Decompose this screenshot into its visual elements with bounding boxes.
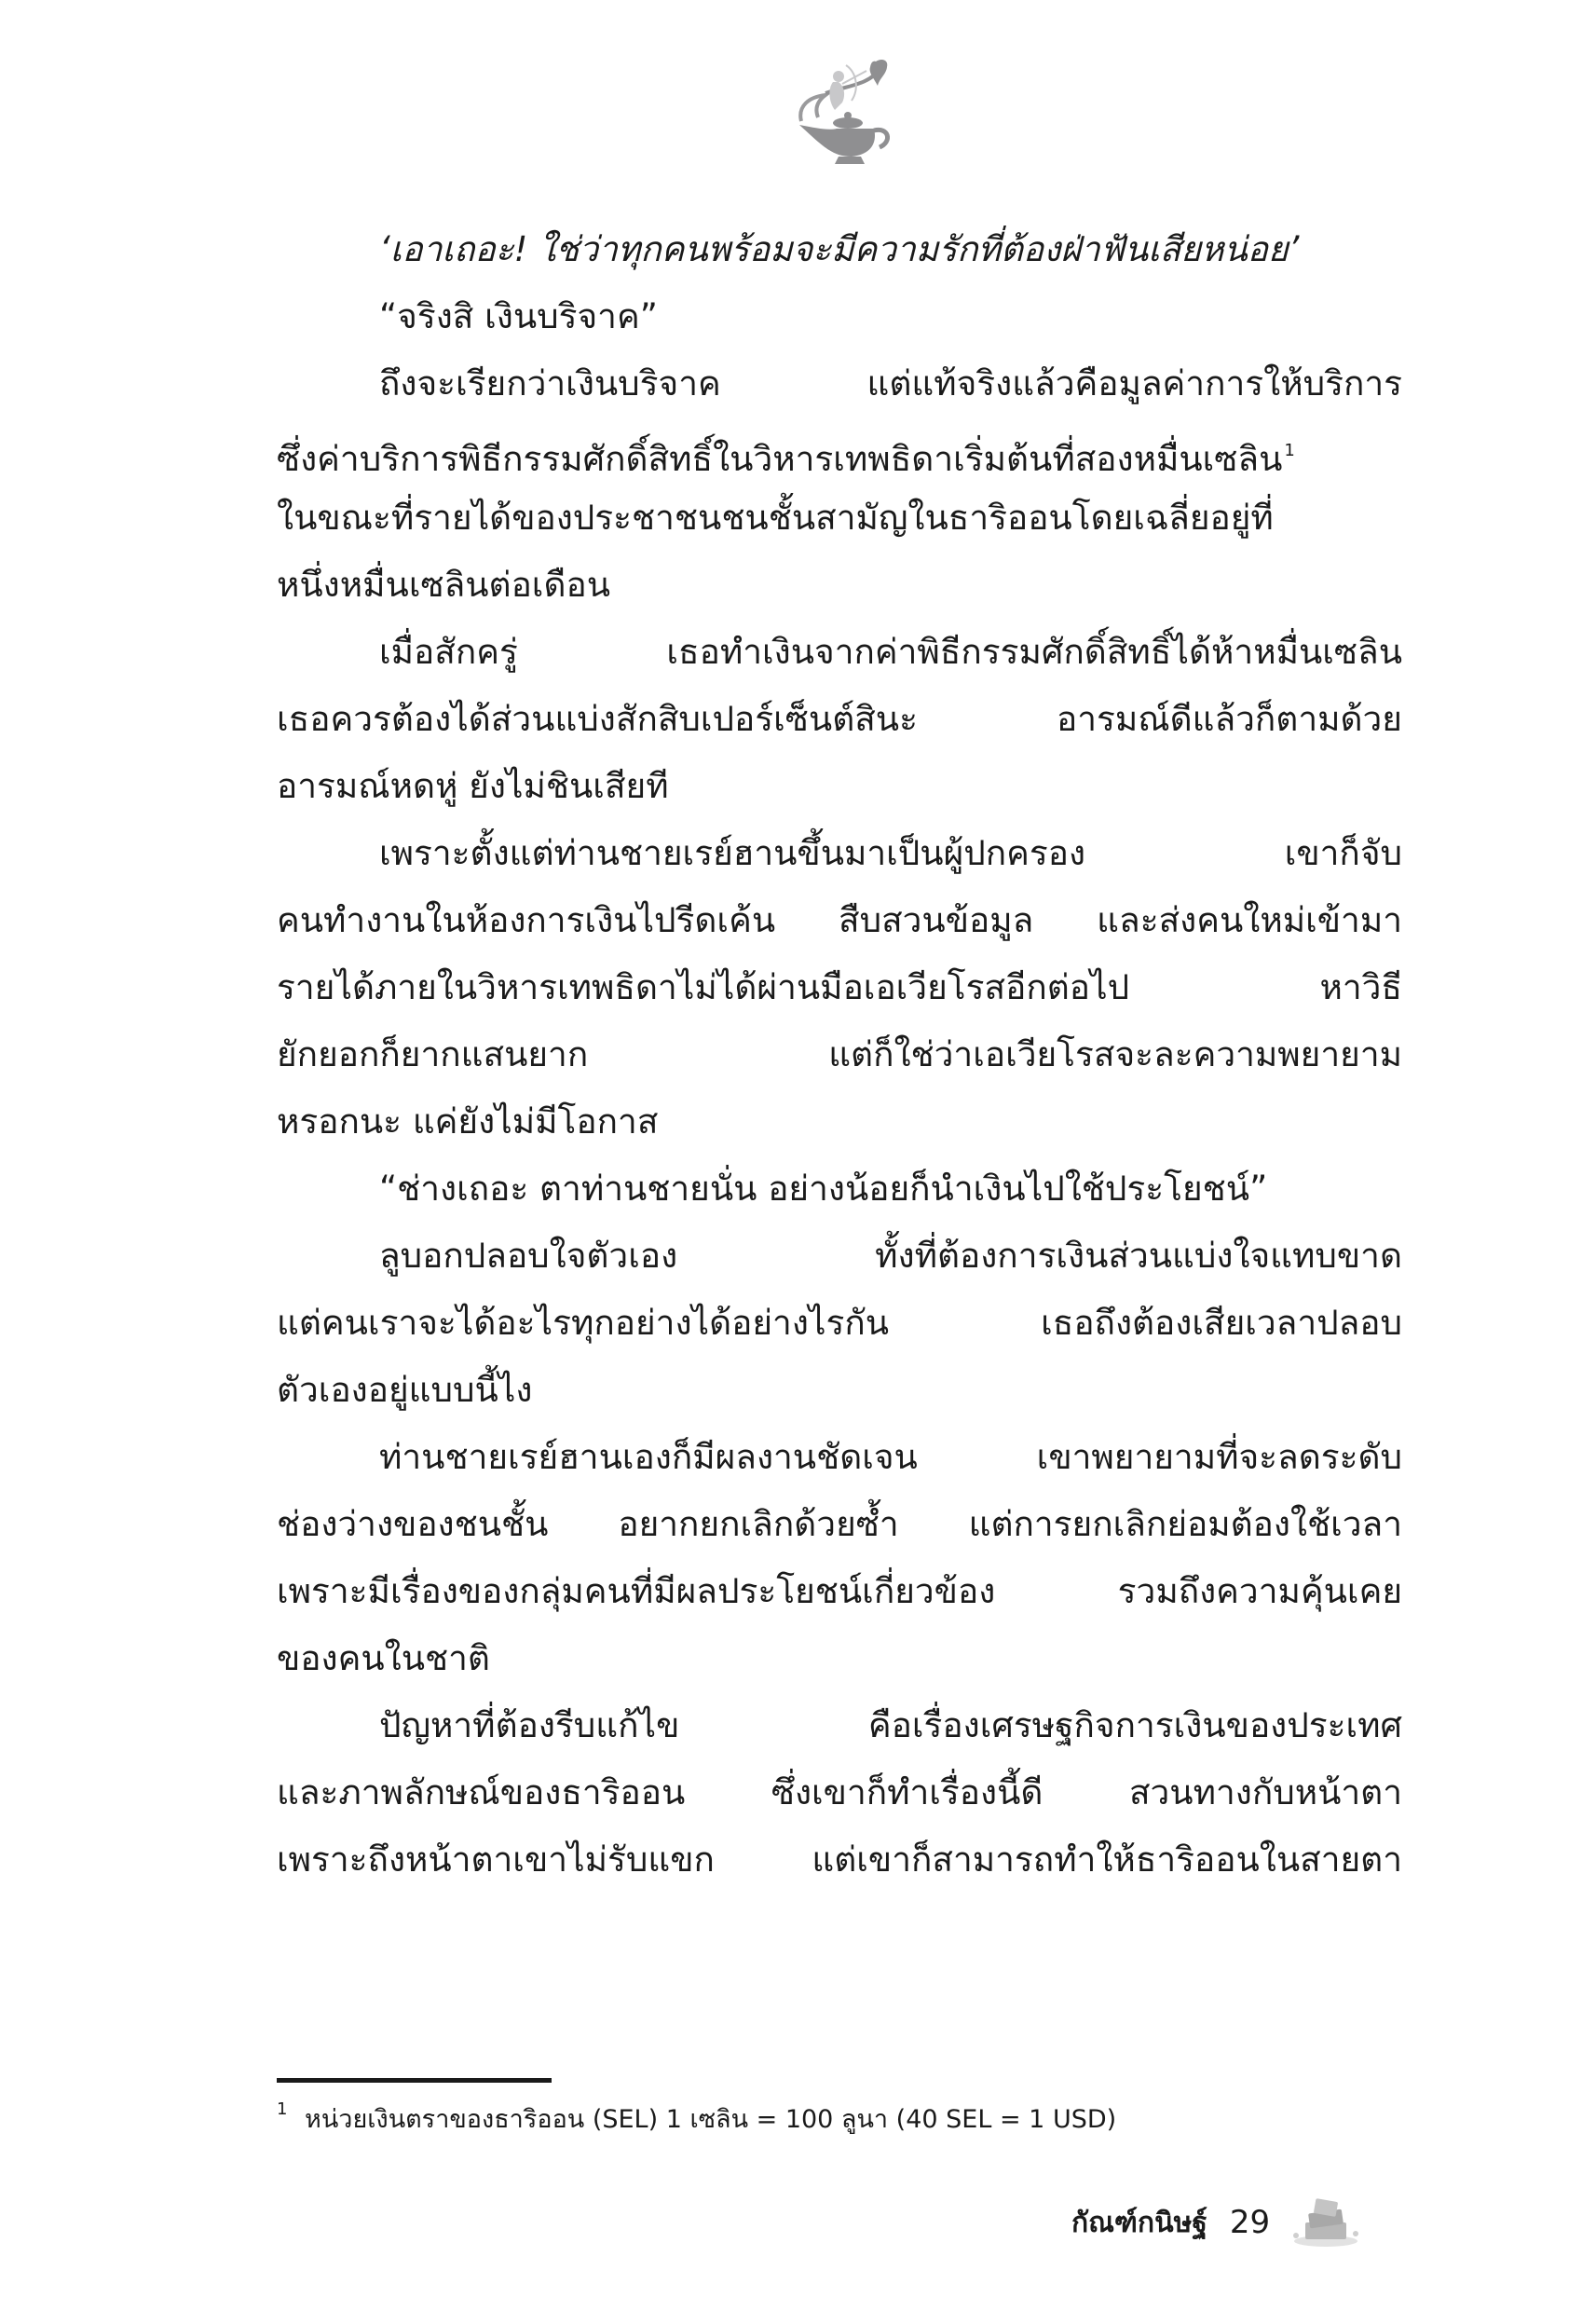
text-line: เพราะมีเรื่องของกลุ่มคนที่มีผลประโยชน์เก… <box>277 1558 1402 1625</box>
text-line: ของคนในชาติ <box>277 1625 1402 1692</box>
text-line-content: ลูบอกปลอบใจตัวเอง ทั้งที่ต้องการเงินส่วน… <box>379 1236 1402 1276</box>
text-line-content: และภาพลักษณ์ของธาริออน ซึ่งเขาก็ทำเรื่อง… <box>277 1772 1402 1812</box>
footnote-text: หน่วยเงินตราของธาริออน (SEL) 1 เซลิน = 1… <box>305 2105 1116 2134</box>
text-line: “จริงสิ เงินบริจาค” <box>277 283 1402 350</box>
text-line-content: ซึ่งค่าบริการพิธีกรรมศักดิ์สิทธิ์ในวิหาร… <box>277 439 1282 479</box>
footnote-reference[interactable]: 1 <box>1284 441 1294 460</box>
text-line-content: รายได้ภายในวิหารเทพธิดาไม่ได้ผ่านมือเอเว… <box>277 967 1402 1007</box>
text-line-content: เพราะตั้งแต่ท่านชายเรย์ฮานขึ้นมาเป็นผู้ป… <box>379 833 1402 873</box>
text-line: ‘เอาเถอะ! ใช่ว่าทุกคนพร้อมจะมีความรักที่… <box>277 216 1402 283</box>
text-line-content: ตัวเองอยู่แบบนี้ไง <box>277 1370 532 1410</box>
text-line-content: ถึงจะเรียกว่าเงินบริจาค แต่แท้จริงแล้วคื… <box>379 363 1402 403</box>
text-line: ซึ่งค่าบริการพิธีกรรมศักดิ์สิทธิ์ในวิหาร… <box>277 417 1402 485</box>
text-line: ถึงจะเรียกว่าเงินบริจาค แต่แท้จริงแล้วคื… <box>277 350 1402 417</box>
footnote-mark: 1 <box>277 2099 287 2119</box>
text-line-content: “จริงสิ เงินบริจาค” <box>379 296 658 336</box>
text-line: ช่องว่างของชนชั้น อยากยกเลิกด้วยซ้ำ แต่ก… <box>277 1491 1402 1558</box>
text-line: ปัญหาที่ต้องรีบแก้ไข คือเรื่องเศรษฐกิจกา… <box>277 1692 1402 1759</box>
text-line-content: แต่คนเราจะได้อะไรทุกอย่างได้อย่างไรกัน เ… <box>277 1303 1402 1343</box>
text-line: แต่คนเราจะได้อะไรทุกอย่างได้อย่างไรกัน เ… <box>277 1290 1402 1357</box>
text-line: ลูบอกปลอบใจตัวเอง ทั้งที่ต้องการเงินส่วน… <box>277 1223 1402 1290</box>
text-line: ในขณะที่รายได้ของประชาชนชนชั้นสามัญในธาร… <box>277 485 1402 552</box>
book-title: กัณฑ์กนิษฐ์ <box>1071 2201 1207 2245</box>
text-line: หนึ่งหมื่นเซลินต่อเดือน <box>277 552 1402 619</box>
text-line-content: ช่องว่างของชนชั้น อยากยกเลิกด้วยซ้ำ แต่ก… <box>277 1504 1402 1544</box>
page-number: 29 <box>1230 2204 1270 2241</box>
text-line: เธอควรต้องได้ส่วนแบ่งสักสิบเปอร์เซ็นต์สิ… <box>277 686 1402 753</box>
text-line: ตัวเองอยู่แบบนี้ไง <box>277 1357 1402 1424</box>
text-line-content: ‘เอาเถอะ! ใช่ว่าทุกคนพร้อมจะมีความรักที่… <box>379 229 1299 269</box>
text-line: คนทำงานในห้องการเงินไปรีดเค้น สืบสวนข้อม… <box>277 887 1402 954</box>
text-line: เพราะตั้งแต่ท่านชายเรย์ฮานขึ้นมาเป็นผู้ป… <box>277 820 1402 887</box>
text-line-content: ของคนในชาติ <box>277 1638 490 1678</box>
text-line: หรอกนะ แค่ยังไม่มีโอกาส <box>277 1088 1402 1155</box>
body-text: ‘เอาเถอะ! ใช่ว่าทุกคนพร้อมจะมีความรักที่… <box>277 216 1402 1894</box>
text-line-content: เพราะมีเรื่องของกลุ่มคนที่มีผลประโยชน์เก… <box>277 1571 1402 1611</box>
text-line-content: ปัญหาที่ต้องรีบแก้ไข คือเรื่องเศรษฐกิจกา… <box>379 1705 1402 1745</box>
text-line-content: เพราะถึงหน้าตาเขาไม่รับแขก แต่เขาก็สามาร… <box>277 1839 1402 1880</box>
text-line-content: ท่านชายเรย์ฮานเองก็มีผลงานชัดเจน เขาพยาย… <box>379 1437 1402 1477</box>
text-line-content: หนึ่งหมื่นเซลินต่อเดือน <box>277 565 610 605</box>
text-line: รายได้ภายในวิหารเทพธิดาไม่ได้ผ่านมือเอเว… <box>277 954 1402 1021</box>
text-line-content: หรอกนะ แค่ยังไม่มีโอกาส <box>277 1101 658 1142</box>
text-line-content: “ช่างเถอะ ตาท่านชายนั่น อย่างน้อยก็นำเงิ… <box>379 1169 1267 1209</box>
text-line: เมื่อสักครู่ เธอทำเงินจากค่าพิธีกรรมศักด… <box>277 619 1402 686</box>
text-line-content: ยักยอกก็ยากแสนยาก แต่ก็ใช่ว่าเอเวียโรสจะ… <box>277 1034 1402 1074</box>
money-stack-icon <box>1289 2195 1363 2250</box>
text-line-content: ในขณะที่รายได้ของประชาชนชนชั้นสามัญในธาร… <box>277 498 1274 538</box>
text-line: เพราะถึงหน้าตาเขาไม่รับแขก แต่เขาก็สามาร… <box>277 1826 1402 1894</box>
footnote-divider <box>277 2078 552 2083</box>
text-line-content: เธอควรต้องได้ส่วนแบ่งสักสิบเปอร์เซ็นต์สิ… <box>277 699 1402 739</box>
text-line: ท่านชายเรย์ฮานเองก็มีผลงานชัดเจน เขาพยาย… <box>277 1424 1402 1491</box>
text-line-content: อารมณ์หดหู่ ยังไม่ชินเสียที <box>277 766 669 806</box>
text-line: และภาพลักษณ์ของธาริออน ซึ่งเขาก็ทำเรื่อง… <box>277 1759 1402 1826</box>
footnote: 1 หน่วยเงินตราของธาริออน (SEL) 1 เซลิน =… <box>277 2099 1116 2139</box>
text-line-content: คนทำงานในห้องการเงินไปรีดเค้น สืบสวนข้อม… <box>277 900 1402 940</box>
text-line: อารมณ์หดหู่ ยังไม่ชินเสียที <box>277 753 1402 820</box>
text-line-content: เมื่อสักครู่ เธอทำเงินจากค่าพิธีกรรมศักด… <box>379 632 1402 672</box>
page-footer: กัณฑ์กนิษฐ์ 29 <box>1071 2195 1363 2250</box>
text-line: ยักยอกก็ยากแสนยาก แต่ก็ใช่ว่าเอเวียโรสจะ… <box>277 1021 1402 1088</box>
genie-lamp-cupid-icon <box>781 58 902 170</box>
text-line: “ช่างเถอะ ตาท่านชายนั่น อย่างน้อยก็นำเงิ… <box>277 1155 1402 1223</box>
